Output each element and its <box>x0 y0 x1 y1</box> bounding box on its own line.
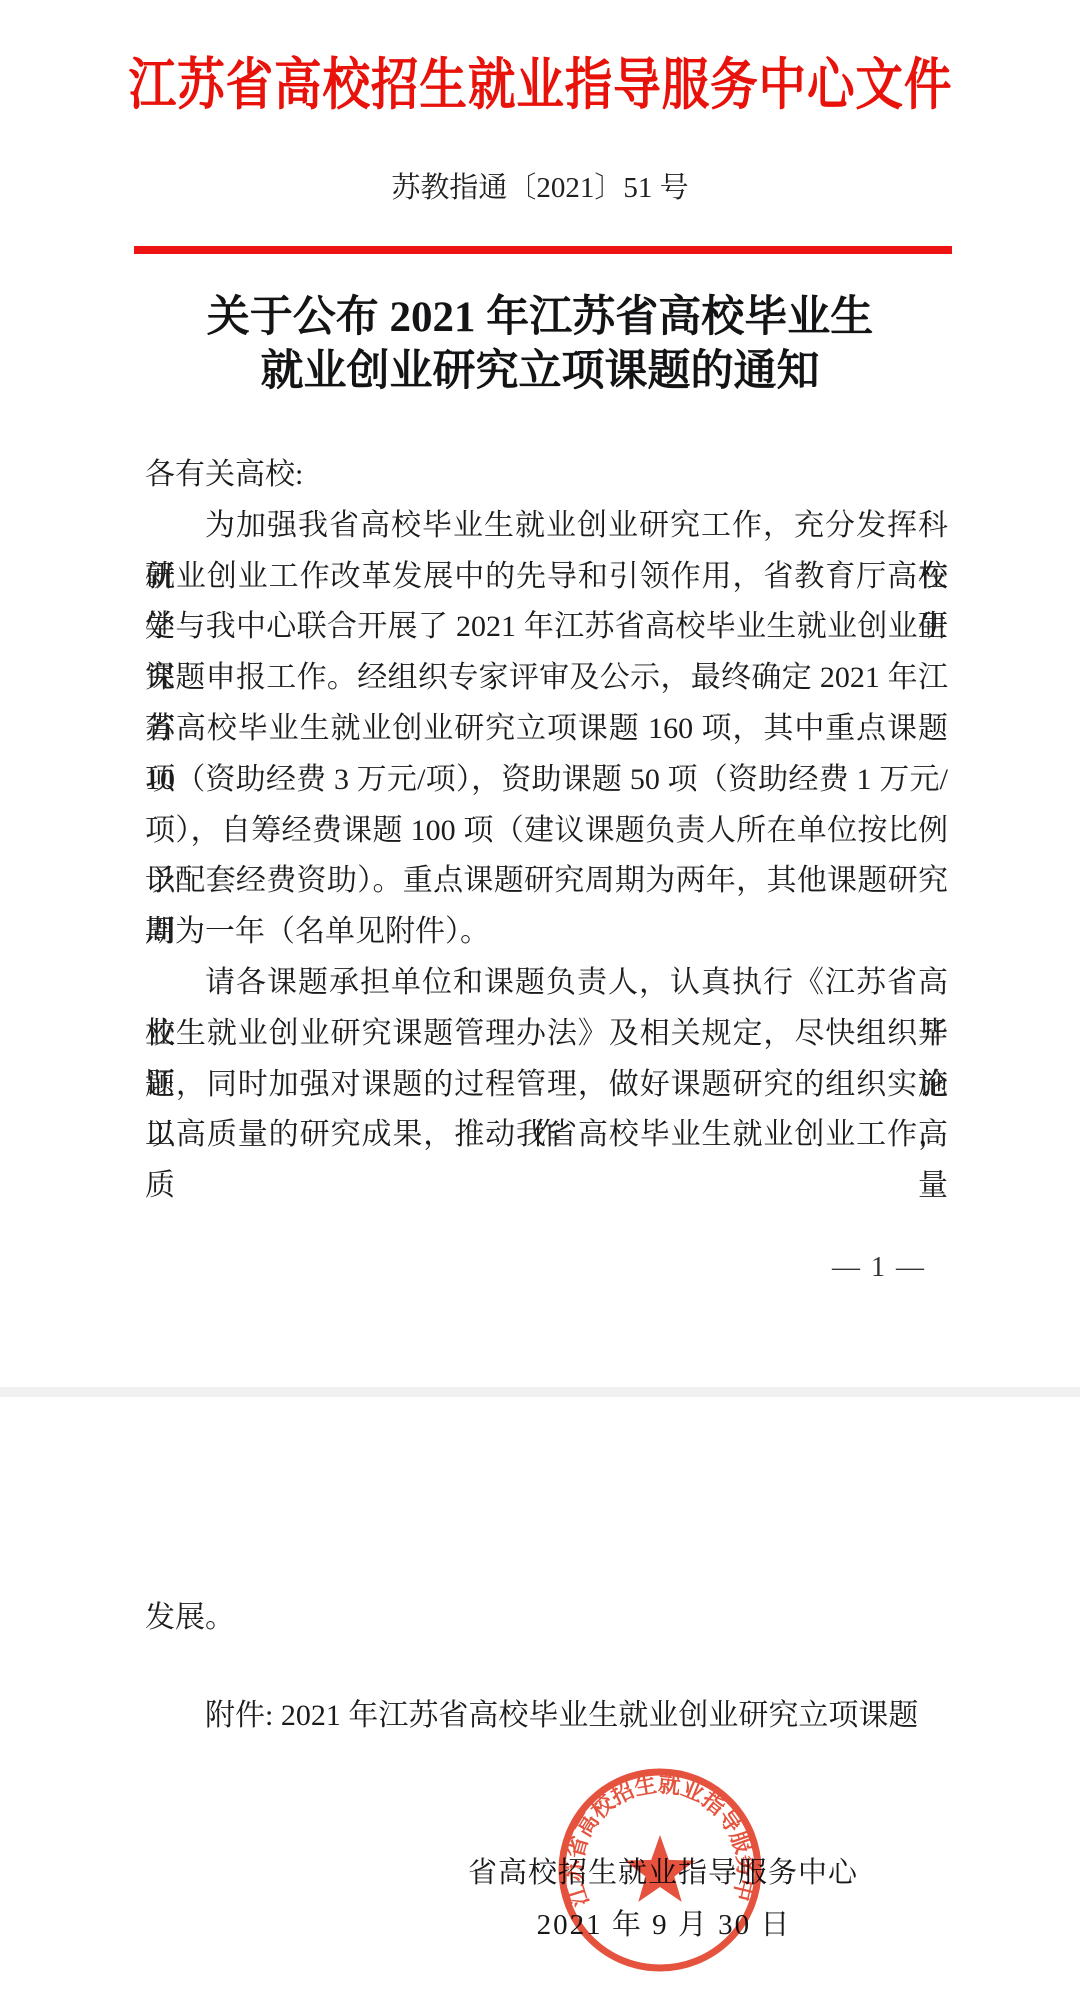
attachment-line: 附件: 2021 年江苏省高校毕业生就业创业研究立项课题 <box>145 1694 948 1738</box>
body-line: 各有关高校: <box>145 450 948 501</box>
paragraph-continuation: 发展。 <box>145 1596 235 1640</box>
red-divider-rule <box>134 246 952 254</box>
document-title-line-1: 关于公布 2021 年江苏省高校毕业生 <box>0 294 1080 342</box>
body-line: 业生就业创业研究课题管理办法》及相关规定，尽快组织开题论 <box>145 1009 948 1060</box>
body-line: 证，同时加强对课题的过程管理，做好课题研究的组织实施工作， <box>145 1060 948 1111</box>
body-line: 课题申报工作。经组织专家评审及公示，最终确定 2021 年江苏 <box>145 653 948 704</box>
page-separator <box>0 1387 1080 1397</box>
body-line: 请各课题承担单位和课题负责人，认真执行《江苏省高校毕 <box>145 958 948 1009</box>
red-letterhead-title: 江苏省高校招生就业指导服务中心文件 <box>0 40 1080 146</box>
letterhead-text: 江苏省高校招生就业指导服务中心文件 <box>128 40 952 132</box>
document-page-1: 江苏省高校招生就业指导服务中心文件 苏教指通〔2021〕51 号 关于公布 20… <box>0 0 1080 1387</box>
body-line: 以高质量的研究成果，推动我省高校毕业生就业创业工作高质量 <box>145 1110 948 1161</box>
official-seal-stamp: 江苏省高校招生就业指导服务中心 <box>550 1760 770 1980</box>
body-line: 项（资助经费 3 万元/项），资助课题 50 项（资助经费 1 万元/ <box>145 755 948 806</box>
document-body: 各有关高校:为加强我省高校毕业生就业创业研究工作，充分发挥科研在就业创业工作改革… <box>145 450 948 1161</box>
page-number: — 1 — <box>832 1252 926 1284</box>
body-line: 处与我中心联合开展了 2021 年江苏省高校毕业生就业创业研究 <box>145 602 948 653</box>
body-line: 项），自筹经费课题 100 项（建议课题负责人所在单位按比例予 <box>145 806 948 857</box>
body-line: 期为一年（名单见附件）。 <box>145 907 948 958</box>
body-line: 省高校毕业生就业创业研究立项课题 160 项，其中重点课题 10 <box>145 704 948 755</box>
official-document: 江苏省高校招生就业指导服务中心文件 苏教指通〔2021〕51 号 关于公布 20… <box>0 0 1080 1999</box>
body-line: 为加强我省高校毕业生就业创业研究工作，充分发挥科研在 <box>145 501 948 552</box>
body-line: 以配套经费资助）。重点课题研究周期为两年，其他课题研究周 <box>145 856 948 907</box>
document-title-line-2: 就业创业研究立项课题的通知 <box>0 348 1080 396</box>
seal-star-icon <box>625 1835 695 1902</box>
document-page-2: 发展。 附件: 2021 年江苏省高校毕业生就业创业研究立项课题 省高校招生就业… <box>0 1397 1080 1999</box>
document-number: 苏教指通〔2021〕51 号 <box>0 168 1080 208</box>
body-line: 就业创业工作改革发展中的先导和引领作用，省教育厅高校学生 <box>145 552 948 603</box>
